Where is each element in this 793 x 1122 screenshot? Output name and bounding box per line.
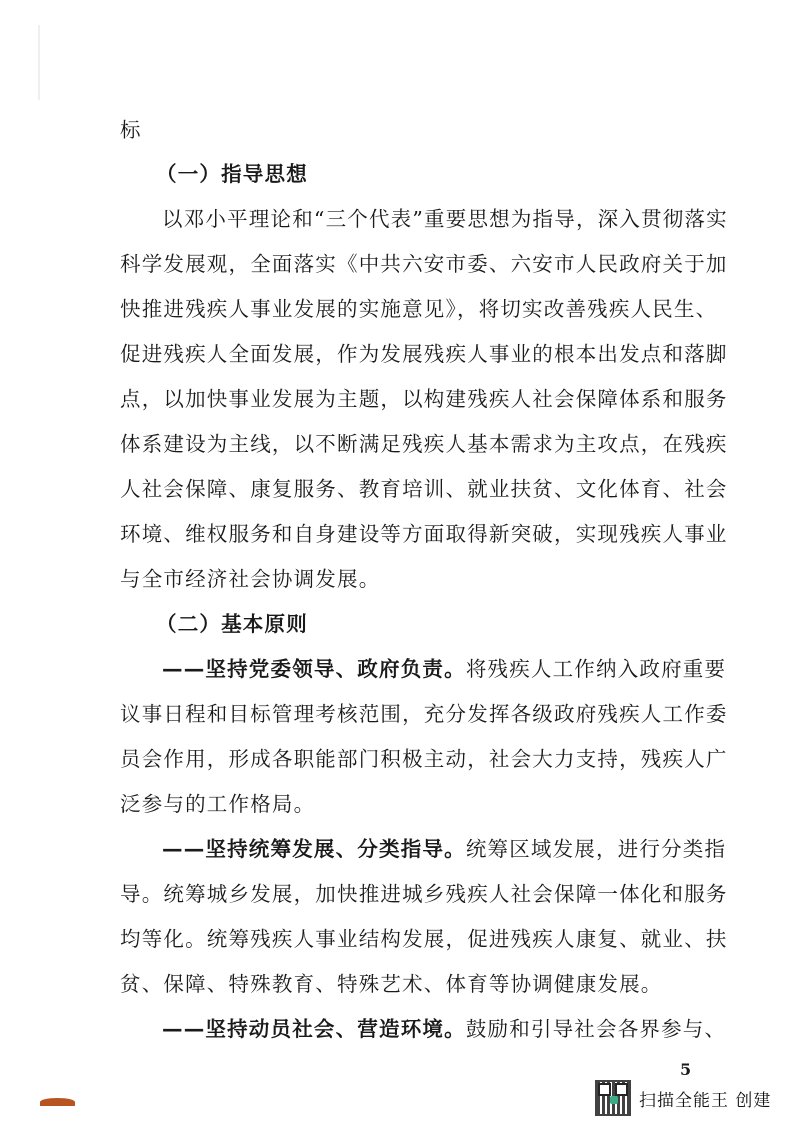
paragraph-line: 促进残疾人全面发展，作为发展残疾人事业的根本出发点和落脚 bbox=[120, 340, 690, 368]
stamp-edge-artifact bbox=[40, 1098, 75, 1106]
principle-text: 鼓励和引导社会各界参与、 bbox=[466, 1017, 726, 1041]
paragraph-line: 贫、保障、特殊教育、特殊艺术、体育等协调健康发展。 bbox=[120, 970, 690, 998]
paragraph-line: 点，以加快事业发展为主题，以构建残疾人社会保障体系和服务 bbox=[120, 385, 690, 413]
principle-first-line: ——坚持统筹发展、分类指导。统筹区域发展，进行分类指 bbox=[162, 835, 690, 863]
section-heading-basic-principles: （二）基本原则 bbox=[156, 610, 726, 638]
paragraph-line: 快推进残疾人事业发展的实施意见》，将切实改善残疾人民生、 bbox=[120, 295, 690, 323]
paragraph-line: 泛参与的工作格局。 bbox=[120, 790, 690, 818]
principle-first-line: ——坚持党委领导、政府负责。将残疾人工作纳入政府重要 bbox=[162, 655, 690, 683]
page-number: 5 bbox=[680, 1060, 691, 1079]
document-page: 标 （一）指导思想 以邓小平理论和“三个代表”重要思想为指导，深入贯彻落实 科学… bbox=[0, 0, 793, 1122]
paragraph-line: 科学发展观，全面落实《中共六安市委、六安市人民政府关于加 bbox=[120, 250, 690, 278]
paragraph-line: 人社会保障、康复服务、教育培训、就业扶贫、文化体育、社会 bbox=[120, 475, 690, 503]
paragraph-line: 均等化。统筹残疾人事业结构发展，促进残疾人康复、就业、扶 bbox=[120, 925, 690, 953]
paragraph-line: 与全市经济社会协调发展。 bbox=[120, 565, 690, 593]
watermark-text: 扫描全能王 创建 bbox=[639, 1086, 771, 1111]
scanner-watermark: 扫描全能王 创建 bbox=[595, 1080, 771, 1116]
paragraph-line: 体系建设为主线，以不断满足残疾人基本需求为主攻点，在残疾 bbox=[120, 430, 690, 458]
paragraph-line: 议事日程和目标管理考核范围，充分发挥各级政府残疾人工作委 bbox=[120, 700, 690, 728]
scan-artifact bbox=[38, 25, 40, 100]
principle-text: 统筹区域发展，进行分类指 bbox=[466, 837, 726, 861]
paragraph-line: 员会作用，形成各职能部门积极主动，社会大力支持，残疾人广 bbox=[120, 745, 690, 773]
principle-first-line: ——坚持动员社会、营造环境。鼓励和引导社会各界参与、 bbox=[162, 1015, 690, 1043]
principle-title: ——坚持统筹发展、分类指导。 bbox=[162, 837, 466, 861]
qr-code-icon bbox=[595, 1080, 631, 1116]
paragraph-line: 导。统筹城乡发展，加快推进城乡残疾人社会保障一体化和服务 bbox=[120, 880, 690, 908]
principle-title: ——坚持党委领导、政府负责。 bbox=[162, 657, 466, 681]
section-heading-guiding-ideology: （一）指导思想 bbox=[156, 160, 726, 188]
principle-title: ——坚持动员社会、营造环境。 bbox=[162, 1017, 466, 1041]
carryover-text: 标 bbox=[120, 116, 690, 144]
paragraph-line: 以邓小平理论和“三个代表”重要思想为指导，深入贯彻落实 bbox=[162, 205, 690, 233]
paragraph-line: 环境、维权服务和自身建设等方面取得新突破，实现残疾人事业 bbox=[120, 520, 690, 548]
principle-text: 将残疾人工作纳入政府重要 bbox=[466, 657, 726, 681]
